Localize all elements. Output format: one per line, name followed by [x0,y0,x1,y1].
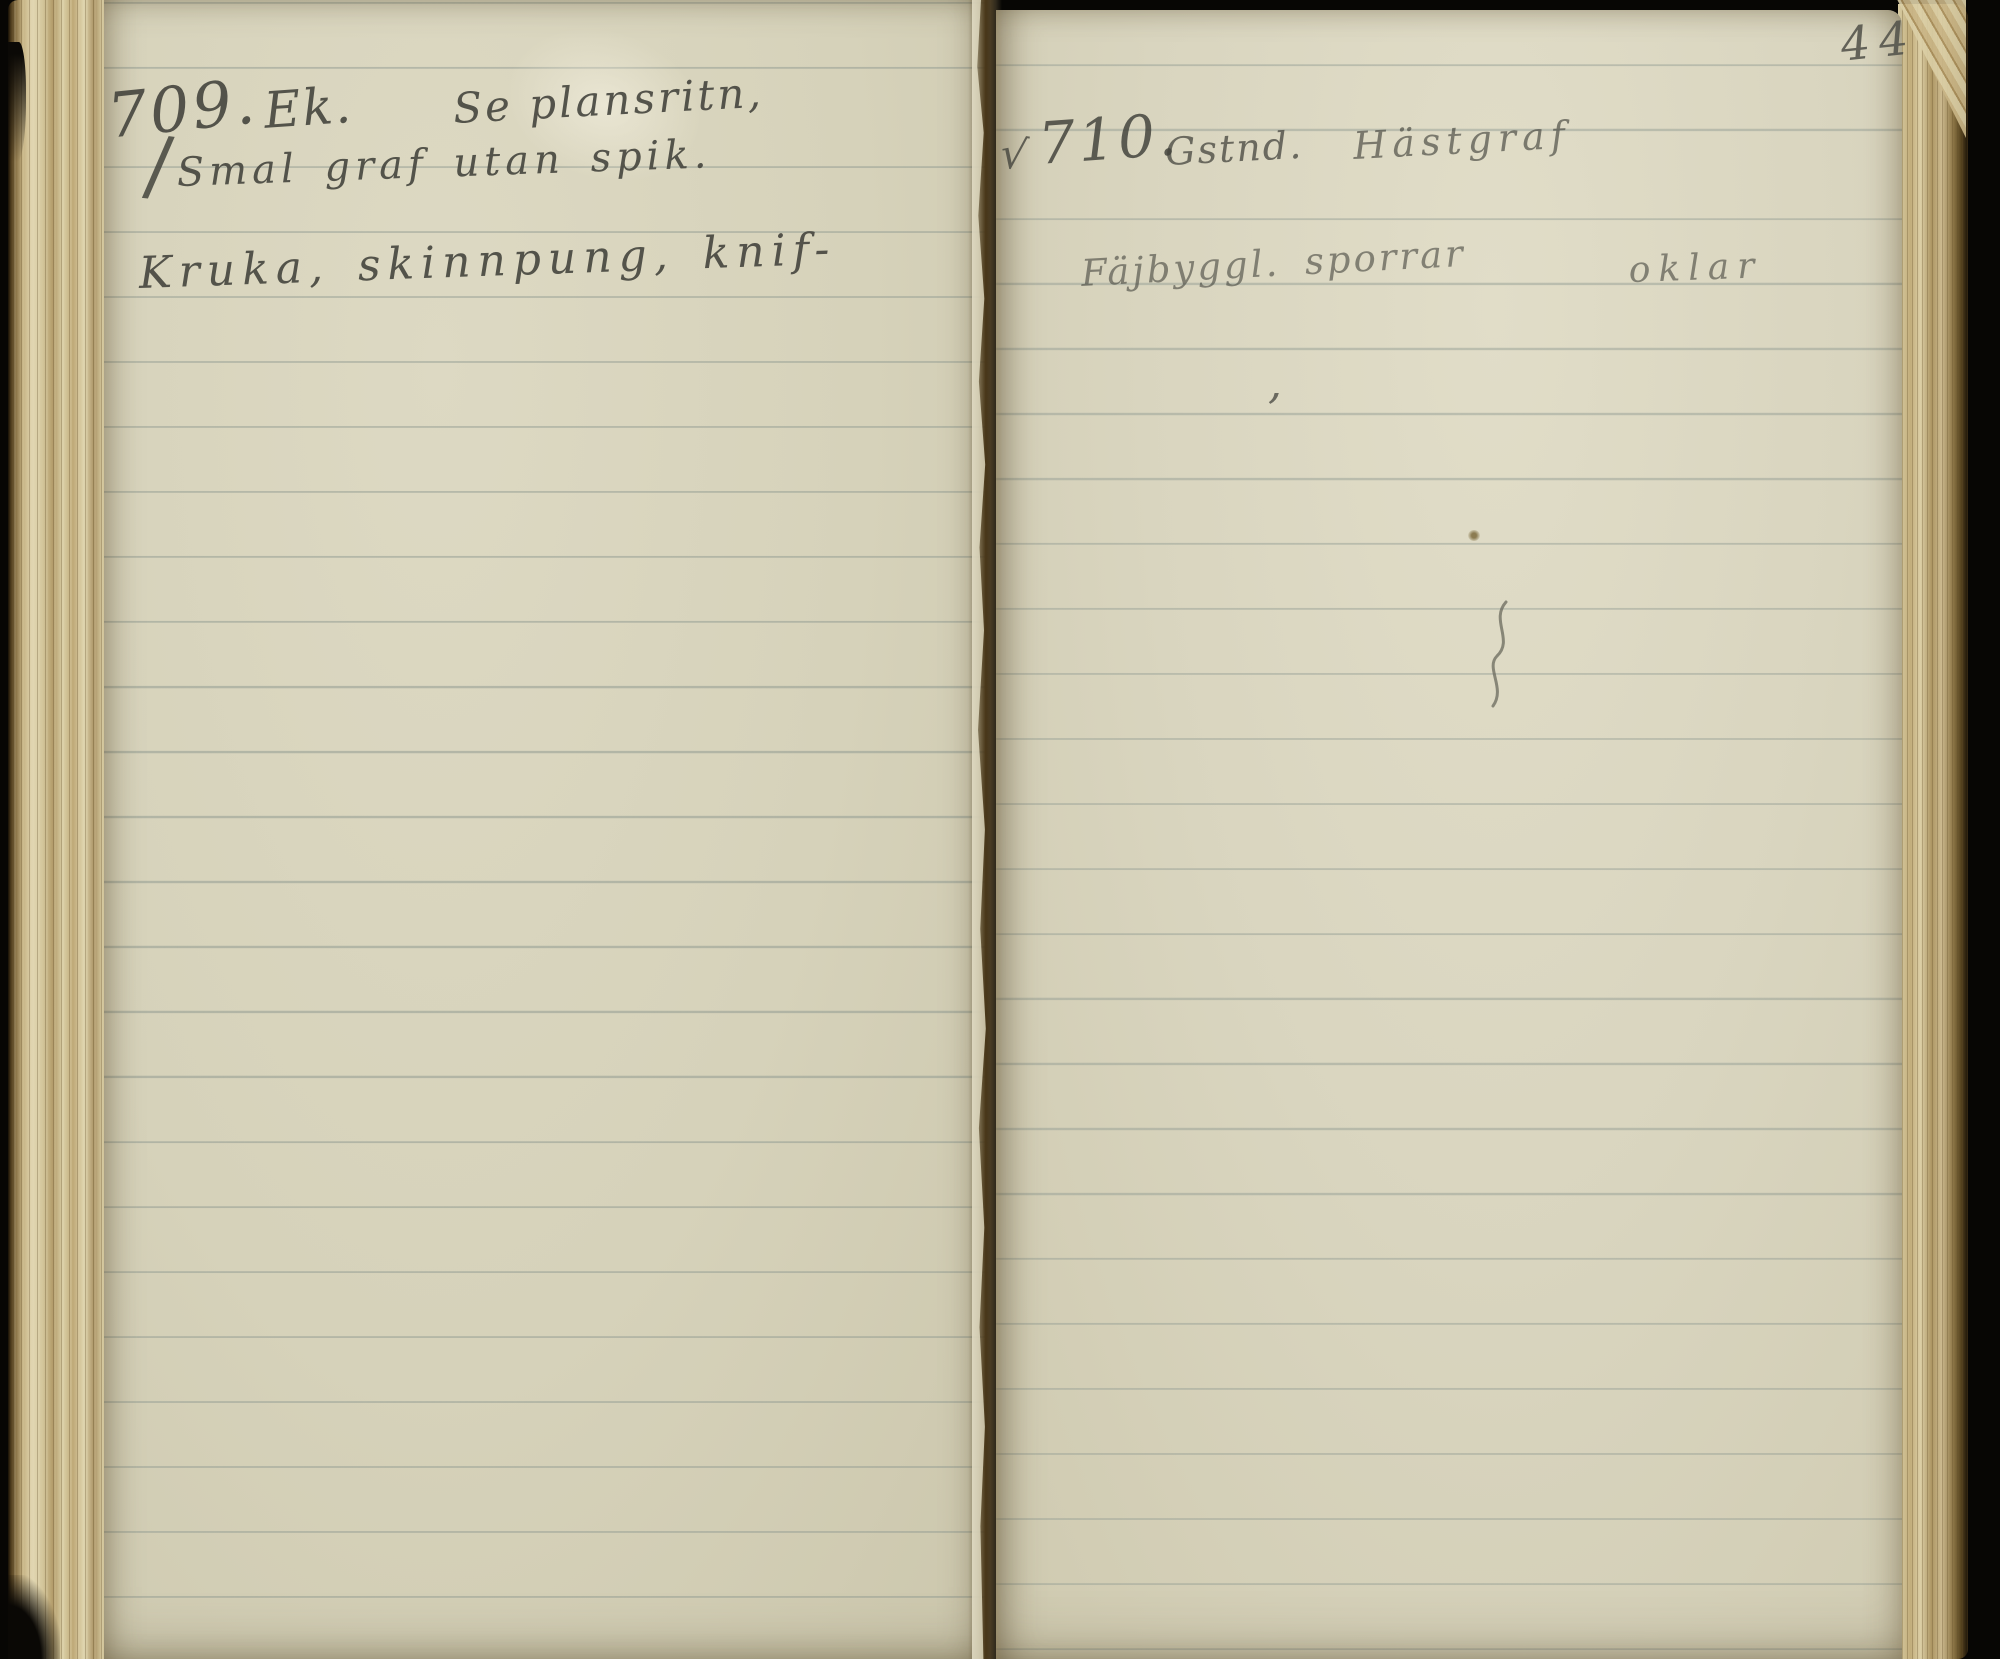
left-page-edge-stack [8,0,108,1659]
entry-709-reference: Se plansritn, [452,68,765,133]
check-mark: √ [997,128,1030,180]
paper-spot [1468,530,1480,541]
entry-709-number: 709. [104,64,261,152]
pencil-squiggle-mark [1484,598,1516,710]
stray-comma-mark: , [1268,358,1282,409]
entry-710-number: 710. [1036,100,1182,178]
torn-paper-edge [972,0,987,1659]
entry-709-line-3: Kruka, skinnpung, knif- [138,224,837,299]
entry-710-title: Hästgraf [1352,113,1572,168]
left-page: 709. Ek. Se plansritn, / Smal graf utan … [104,0,986,1659]
right-page-edge-stack [1898,4,1968,1659]
book-gutter [968,0,1002,1659]
entry-709-heading: Ek. [262,76,355,140]
entry-710-line-2-note: oklar [1628,245,1763,291]
entry-710-line-2: Fäjbyggl. sporrar [1080,232,1467,295]
right-page: √ 710. Gstnd. Hästgraf Fäjbyggl. sporrar… [996,10,1902,1659]
notebook-spread: 709. Ek. Se plansritn, / Smal graf utan … [0,0,2000,1659]
entry-710-heading: Gstnd. [1164,123,1304,174]
